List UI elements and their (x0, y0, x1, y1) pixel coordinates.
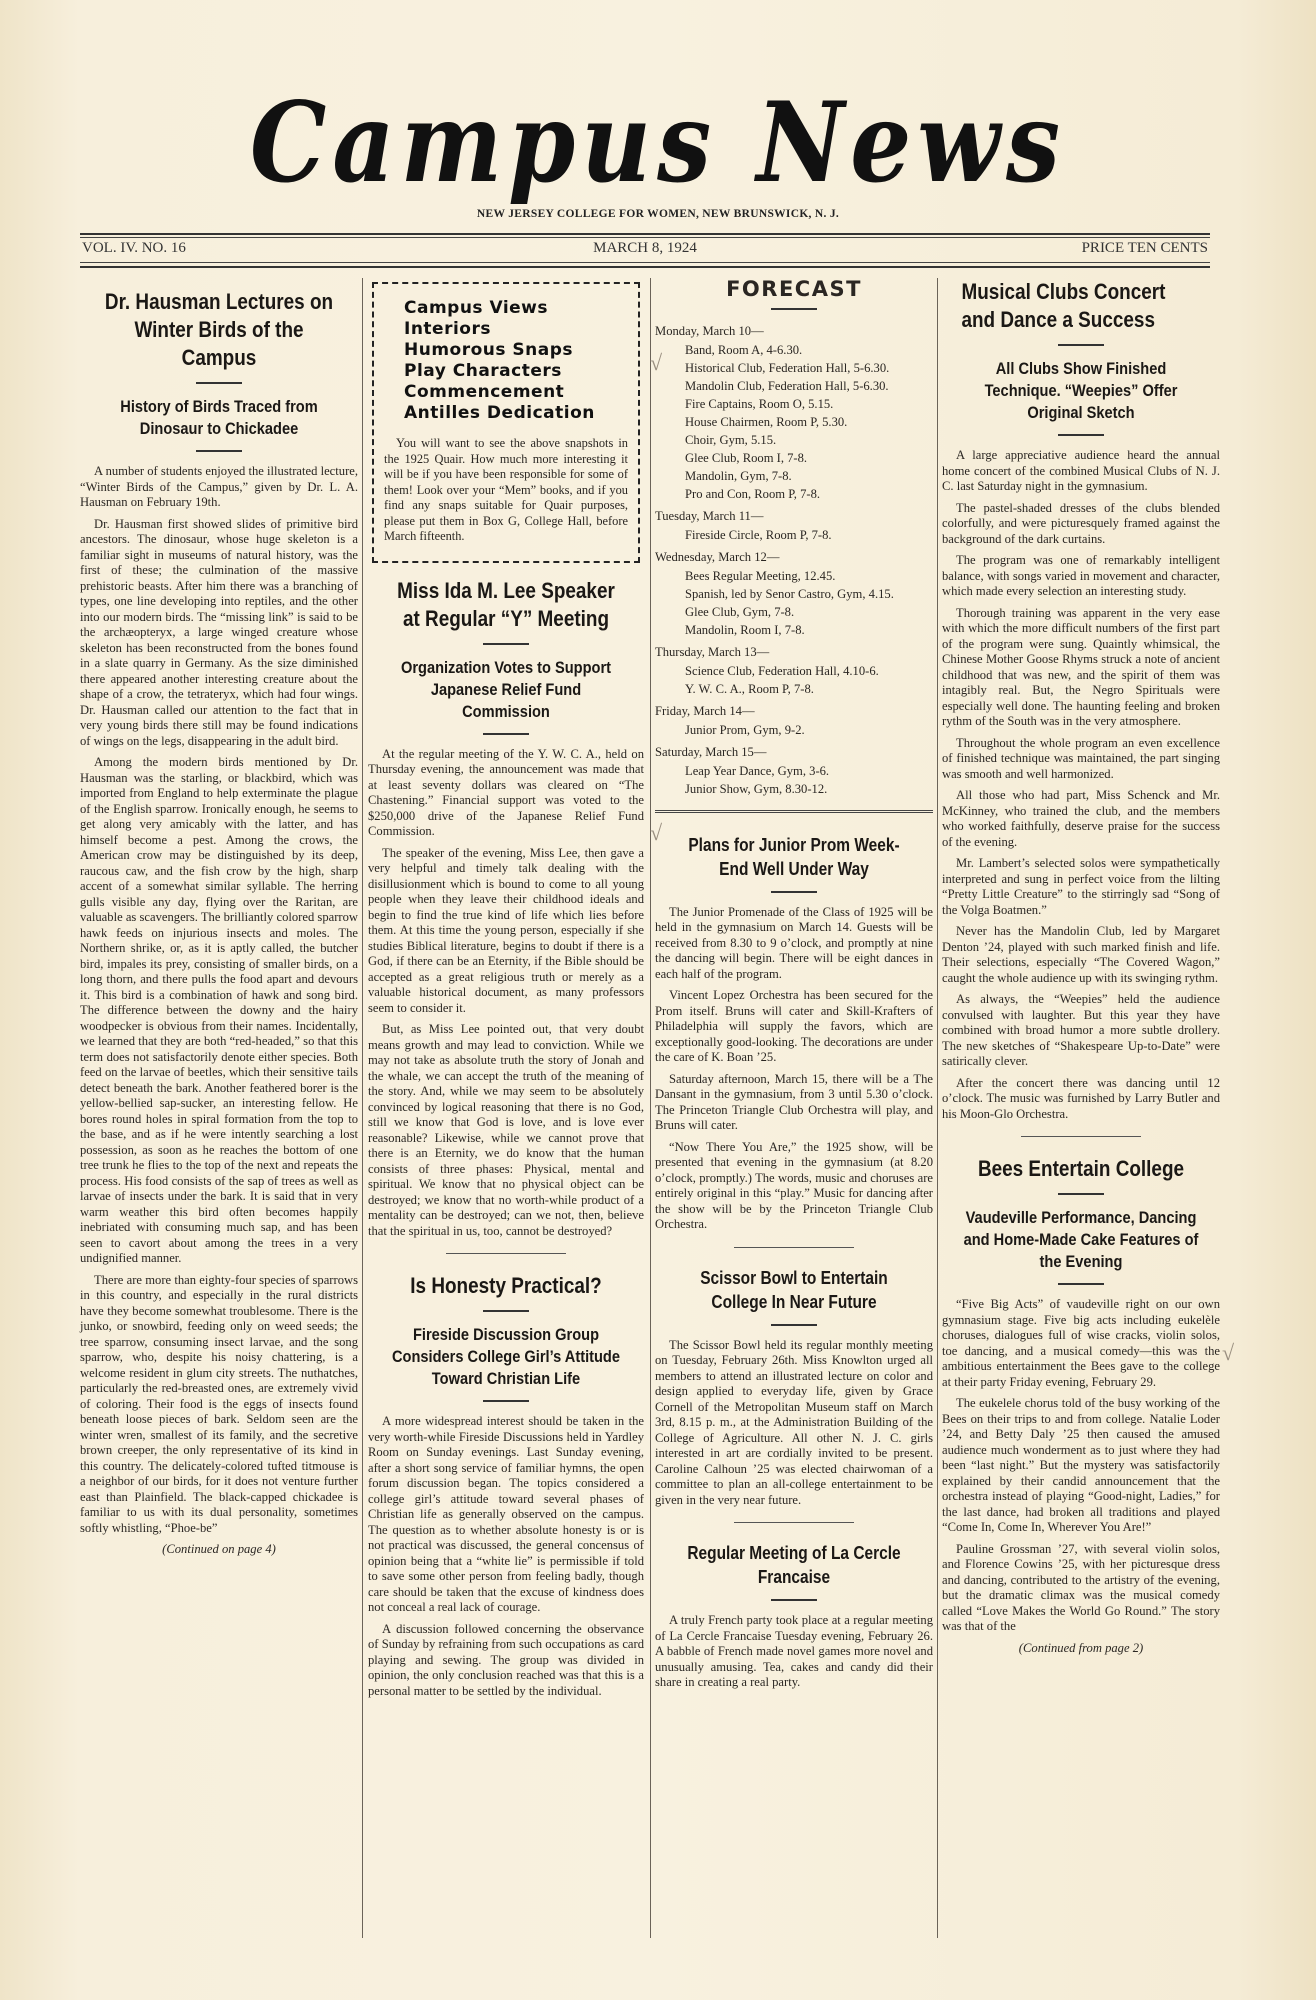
article-paragraph: All those who had part, Miss Schenck and… (942, 788, 1220, 850)
article-musical-clubs: Musical Clubs Concert and Dance a Succes… (942, 278, 1220, 1122)
article-subheadline: All Clubs Show Finished Technique. “Weep… (961, 358, 1200, 424)
forecast-event: Junior Prom, Gym, 9-2. (665, 721, 933, 739)
article-body: A large appreciative audience heard the … (942, 448, 1220, 1122)
snap-category: Play Characters (384, 361, 628, 382)
article-headline: Plans for Junior Prom Week-End Well Unde… (674, 833, 913, 881)
pencil-checkmark: √ (650, 820, 662, 846)
column-divider (937, 278, 938, 1938)
section-separator (446, 1253, 566, 1254)
divider (771, 1599, 817, 1601)
article-subheadline: History of Birds Traced from Dinosaur to… (99, 396, 338, 440)
forecast-day: Friday, March 14—Junior Prom, Gym, 9-2. (655, 702, 933, 739)
article-paragraph: After the concert there was dancing unti… (942, 1076, 1220, 1123)
article-paragraph: Among the modern birds mentioned by Dr. … (80, 755, 358, 1267)
divider (483, 643, 529, 645)
divider (483, 1310, 529, 1312)
article-ida-lee: Miss Ida M. Lee Speaker at Regular “Y” M… (368, 577, 644, 1240)
forecast-event: Choir, Gym, 5.15. (665, 431, 933, 449)
article-paragraph: As always, the “Weepies” held the audien… (942, 992, 1220, 1070)
forecast-event: Mandolin Club, Federation Hall, 5-6.30. (665, 377, 933, 395)
article-headline: Regular Meeting of La Cercle Francaise (674, 1541, 913, 1589)
continued-link[interactable]: (Continued on page 4) (80, 1542, 358, 1558)
pencil-checkmark: √ (1222, 1340, 1234, 1366)
forecast-event: Science Club, Federation Hall, 4.10-6. (665, 662, 933, 680)
forecast-days: Monday, March 10—Band, Room A, 4-6.30.Hi… (655, 322, 933, 798)
article-paragraph: At the regular meeting of the Y. W. C. A… (368, 747, 644, 840)
column-4: Musical Clubs Concert and Dance a Succes… (942, 278, 1220, 1662)
article-paragraph: A large appreciative audience heard the … (942, 448, 1220, 495)
forecast-day: Monday, March 10—Band, Room A, 4-6.30.Hi… (655, 322, 933, 503)
forecast-day-label: Friday, March 14— (655, 702, 933, 721)
article-paragraph: “Five Big Acts” of vaudeville right on o… (942, 1297, 1220, 1390)
snap-category: Antilles Dedication (384, 403, 628, 424)
continued-link[interactable]: (Continued from page 2) (942, 1641, 1220, 1657)
forecast-day-label: Monday, March 10— (655, 322, 933, 341)
article-paragraph: The Scissor Bowl held its regular monthl… (655, 1338, 933, 1509)
article-paragraph: The eukelele chorus told of the busy wor… (942, 1396, 1220, 1536)
forecast-day: Saturday, March 15—Leap Year Dance, Gym,… (655, 743, 933, 798)
article-paragraph: The pastel-shaded dresses of the clubs b… (942, 501, 1220, 548)
article-headline: Scissor Bowl to Entertain College In Nea… (674, 1266, 913, 1314)
column-3: FORECAST Monday, March 10—Band, Room A, … (655, 278, 933, 1697)
column-divider (650, 278, 651, 1938)
divider (1058, 434, 1104, 436)
issue-date: MARCH 8, 1924 (80, 240, 1210, 257)
divider (483, 733, 529, 735)
forecast-event: Glee Club, Room I, 7-8. (665, 449, 933, 467)
article-paragraph: Thorough training was apparent in the ve… (942, 606, 1220, 730)
article-subheadline: Fireside Discussion Group Considers Coll… (387, 1324, 624, 1390)
masthead-rule-bottom (80, 266, 1210, 268)
article-bees: Bees Entertain College Vaudeville Perfor… (942, 1155, 1220, 1656)
divider (771, 891, 817, 893)
article-headline: Musical Clubs Concert and Dance a Succes… (961, 278, 1200, 334)
dateline: VOL. IV. NO. 16 MARCH 8, 1924 PRICE TEN … (80, 240, 1210, 260)
article-paragraph: A discussion followed concerning the obs… (368, 1622, 644, 1700)
snap-category: Campus Views (384, 298, 628, 319)
section-separator (734, 1522, 854, 1523)
column-2: Campus Views Interiors Humorous Snaps Pl… (368, 278, 644, 1705)
forecast-calendar: FORECAST Monday, March 10—Band, Room A, … (655, 282, 933, 798)
forecast-event: Y. W. C. A., Room P, 7-8. (665, 680, 933, 698)
article-paragraph: Saturday afternoon, March 15, there will… (655, 1072, 933, 1134)
quair-advertisement: Campus Views Interiors Humorous Snaps Pl… (372, 282, 640, 563)
article-headline: Dr. Hausman Lectures on Winter Birds of … (99, 288, 338, 372)
article-headline: Is Honesty Practical? (387, 1272, 624, 1300)
newspaper-page: Campus News NEW JERSEY COLLEGE FOR WOMEN… (0, 0, 1316, 2000)
newspaper-title: Campus News (0, 88, 1316, 198)
article-paragraph: A truly French party took place at a reg… (655, 1613, 933, 1691)
forecast-day: Wednesday, March 12—Bees Regular Meeting… (655, 548, 933, 639)
article-subheadline: Organization Votes to Support Japanese R… (387, 657, 624, 723)
article-paragraph: The program was one of remarkably intell… (942, 553, 1220, 600)
forecast-event: Pro and Con, Room P, 7-8. (665, 485, 933, 503)
forecast-day-label: Saturday, March 15— (655, 743, 933, 762)
forecast-event: Fireside Circle, Room P, 7-8. (665, 526, 933, 544)
forecast-event: Mandolin, Gym, 7-8. (665, 467, 933, 485)
section-separator (655, 810, 933, 813)
forecast-event: Leap Year Dance, Gym, 3-6. (665, 762, 933, 780)
ad-text: You will want to see the above snapshots… (384, 436, 628, 545)
forecast-title: FORECAST (655, 282, 933, 298)
article-paragraph: Dr. Hausman first showed slides of primi… (80, 517, 358, 750)
divider (1058, 1193, 1104, 1195)
forecast-event: Bees Regular Meeting, 12.45. (665, 567, 933, 585)
forecast-event: Band, Room A, 4-6.30. (665, 341, 933, 359)
article-paragraph: There are more than eighty-four species … (80, 1273, 358, 1537)
section-separator (1021, 1136, 1141, 1137)
divider (196, 382, 242, 384)
forecast-event: Glee Club, Gym, 7-8. (665, 603, 933, 621)
price: PRICE TEN CENTS (1082, 240, 1208, 257)
article-paragraph: Throughout the whole program an even exc… (942, 736, 1220, 783)
article-paragraph: “Now There You Are,” the 1925 show, will… (655, 1140, 933, 1233)
forecast-event: Junior Show, Gym, 8.30-12. (665, 780, 933, 798)
article-paragraph: A more widespread interest should be tak… (368, 1414, 644, 1616)
masthead-rule-bottom-thin (80, 262, 1210, 263)
article-paragraph: Mr. Lambert’s selected solos were sympat… (942, 856, 1220, 918)
divider (196, 450, 242, 452)
forecast-event: Fire Captains, Room O, 5.15. (665, 395, 933, 413)
forecast-day-label: Wednesday, March 12— (655, 548, 933, 567)
divider (1058, 1283, 1104, 1285)
snap-category: Commencement (384, 382, 628, 403)
article-junior-prom: Plans for Junior Prom Week-End Well Unde… (655, 833, 933, 1233)
article-paragraph: Pauline Grossman ’27, with several violi… (942, 1542, 1220, 1635)
article-scissor-bowl: Scissor Bowl to Entertain College In Nea… (655, 1266, 933, 1509)
article-paragraph: The Junior Promenade of the Class of 192… (655, 905, 933, 983)
snap-category: Interiors (384, 319, 628, 340)
article-paragraph: The speaker of the evening, Miss Lee, th… (368, 846, 644, 1017)
divider (483, 1400, 529, 1402)
article-honesty: Is Honesty Practical? Fireside Discussio… (368, 1272, 644, 1699)
article-paragraph: Vincent Lopez Orchestra has been secured… (655, 988, 933, 1066)
newspaper-subtitle: NEW JERSEY COLLEGE FOR WOMEN, NEW BRUNSW… (0, 208, 1316, 220)
divider (1058, 344, 1104, 346)
pencil-checkmark: √ (650, 350, 662, 376)
divider (771, 308, 817, 310)
article-paragraph: Never has the Mandolin Club, led by Marg… (942, 924, 1220, 986)
masthead: Campus News (0, 95, 1316, 191)
forecast-event: Mandolin, Room I, 7-8. (665, 621, 933, 639)
masthead-rule-top-thin (80, 237, 1210, 238)
article-paragraph: But, as Miss Lee pointed out, that very … (368, 1022, 644, 1239)
forecast-event: Historical Club, Federation Hall, 5-6.30… (665, 359, 933, 377)
article-subheadline: Vaudeville Performance, Dancing and Home… (961, 1207, 1200, 1273)
forecast-day-label: Tuesday, March 11— (655, 507, 933, 526)
forecast-day-label: Thursday, March 13— (655, 643, 933, 662)
article-hausman-lecture: Dr. Hausman Lectures on Winter Birds of … (80, 288, 358, 1558)
section-separator (734, 1247, 854, 1248)
article-headline: Bees Entertain College (961, 1155, 1200, 1183)
forecast-day: Tuesday, March 11—Fireside Circle, Room … (655, 507, 933, 544)
article-headline: Miss Ida M. Lee Speaker at Regular “Y” M… (387, 577, 624, 633)
forecast-event: Spanish, led by Senor Castro, Gym, 4.15. (665, 585, 933, 603)
masthead-rule-top (80, 233, 1210, 235)
forecast-day: Thursday, March 13—Science Club, Federat… (655, 643, 933, 698)
column-divider (362, 278, 363, 1938)
article-cercle-francaise: Regular Meeting of La Cercle Francaise A… (655, 1541, 933, 1691)
article-paragraph: A number of students enjoyed the illustr… (80, 464, 358, 511)
divider (771, 1324, 817, 1326)
forecast-event: House Chairmen, Room P, 5.30. (665, 413, 933, 431)
snap-category: Humorous Snaps (384, 340, 628, 361)
column-1: Dr. Hausman Lectures on Winter Birds of … (80, 278, 358, 1564)
